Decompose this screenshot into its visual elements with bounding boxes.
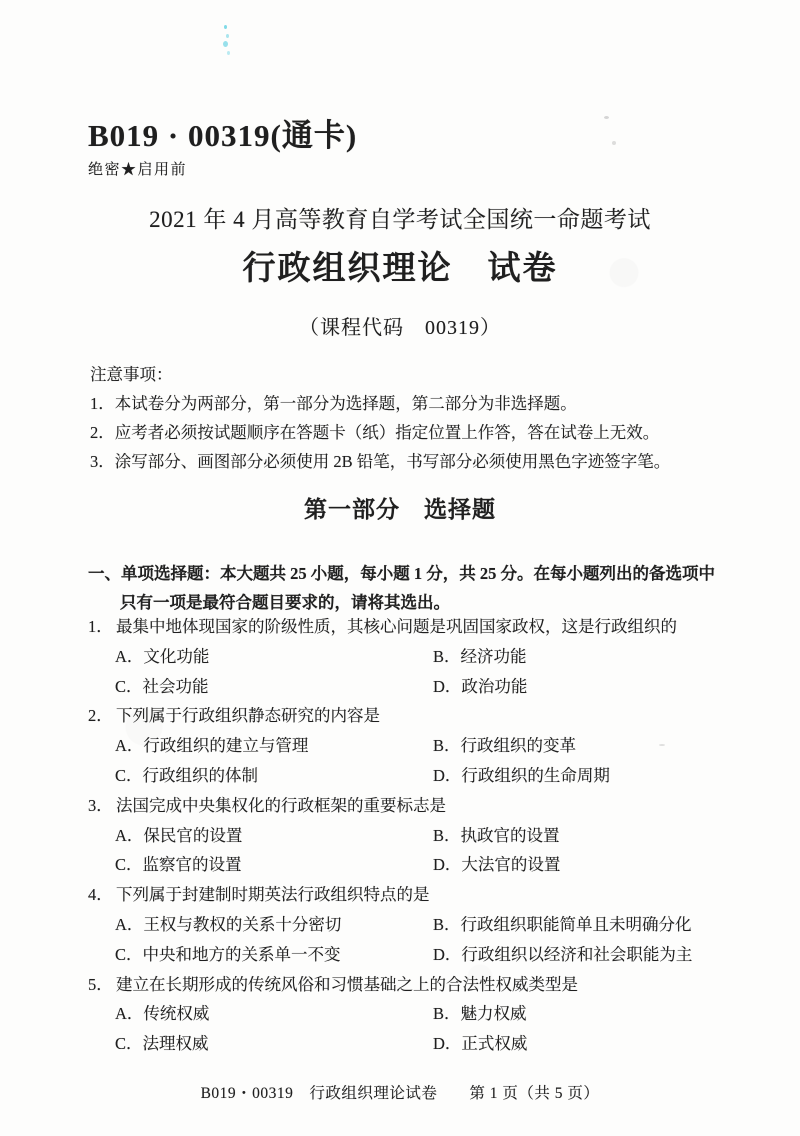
question-stem: 法国完成中央集权化的行政框架的重要标志是: [116, 791, 446, 821]
security-notice: 绝密★启用前: [88, 158, 187, 179]
option-d: D．政治功能: [433, 672, 753, 702]
exam-session-line: 2021 年 4 月高等教育自学考试全国统一命题考试: [0, 201, 800, 234]
question-number: 5．: [88, 970, 116, 1000]
option-a: A．保民官的设置: [115, 821, 433, 851]
option-d: D．正式权威: [433, 1029, 753, 1059]
question-stem: 建立在长期形成的传统风俗和习惯基础之上的合法性权威类型是: [116, 970, 578, 1000]
question-list: 1． 最集中地体现国家的阶级性质，其核心问题是巩固国家政权，这是行政组织的 A．…: [88, 612, 753, 1059]
exam-paper-page: B019 · 00319(通卡) 绝密★启用前 2021 年 4 月高等教育自学…: [0, 0, 800, 1136]
option-c: C．行政组织的体制: [115, 761, 433, 791]
question-number: 3．: [88, 791, 116, 821]
option-b: B．行政组织的变革: [433, 731, 753, 761]
instruction-line-1: 一、单项选择题：本大题共 25 小题，每小题 1 分，共 25 分。在每小题列出…: [88, 559, 748, 588]
paper-title: 行政组织理论 试卷: [0, 242, 800, 289]
notice-item: 3．涂写部分、画图部分必须使用 2B 铅笔，书写部分必须使用黑色字迹签字笔。: [90, 447, 745, 476]
option-c: C．监察官的设置: [115, 850, 433, 880]
question-2: 2． 下列属于行政组织静态研究的内容是 A．行政组织的建立与管理 B．行政组织的…: [88, 701, 753, 790]
option-c: C．中央和地方的关系单一不变: [115, 940, 433, 970]
part-one-title: 第一部分 选择题: [0, 491, 800, 524]
question-stem: 最集中地体现国家的阶级性质，其核心问题是巩固国家政权，这是行政组织的: [116, 612, 677, 642]
option-a: A．传统权威: [115, 999, 433, 1029]
option-d: D．大法官的设置: [433, 850, 753, 880]
option-b: B．行政组织职能简单且未明确分化: [433, 910, 753, 940]
question-stem: 下列属于封建制时期英法行政组织特点的是: [116, 880, 430, 910]
page-footer: B019・00319 行政组织理论试卷 第 1 页（共 5 页）: [0, 1081, 800, 1103]
scanner-mark-artifact: [224, 25, 227, 29]
option-c: C．法理权威: [115, 1029, 433, 1059]
scan-speck: [612, 141, 616, 145]
exam-code: B019 · 00319(通卡): [88, 110, 357, 155]
option-b: B．执政官的设置: [433, 821, 753, 851]
option-a: A．王权与教权的关系十分密切: [115, 910, 433, 940]
question-number: 1．: [88, 612, 116, 642]
course-code: （课程代码 00319）: [0, 311, 800, 340]
option-a: A．文化功能: [115, 642, 433, 672]
question-3: 3． 法国完成中央集权化的行政框架的重要标志是 A．保民官的设置 B．执政官的设…: [88, 791, 753, 880]
scan-speck: [604, 116, 609, 119]
option-c: C．社会功能: [115, 672, 433, 702]
notice-item: 2．应考者必须按试题顺序在答题卡（纸）指定位置上作答，答在试卷上无效。: [90, 418, 745, 447]
notices-block: 注意事项： 1．本试卷分为两部分，第一部分为选择题，第二部分为非选择题。 2．应…: [90, 360, 745, 476]
option-d: D．行政组织的生命周期: [433, 761, 753, 791]
option-b: B．魅力权威: [433, 999, 753, 1029]
question-number: 4．: [88, 880, 116, 910]
question-stem: 下列属于行政组织静态研究的内容是: [116, 701, 380, 731]
question-1: 1． 最集中地体现国家的阶级性质，其核心问题是巩固国家政权，这是行政组织的 A．…: [88, 612, 753, 701]
option-b: B．经济功能: [433, 642, 753, 672]
question-number: 2．: [88, 701, 116, 731]
notice-item: 1．本试卷分为两部分，第一部分为选择题，第二部分为非选择题。: [90, 389, 745, 418]
question-5: 5． 建立在长期形成的传统风俗和习惯基础之上的合法性权威类型是 A．传统权威 B…: [88, 970, 753, 1059]
question-4: 4． 下列属于封建制时期英法行政组织特点的是 A．王权与教权的关系十分密切 B．…: [88, 880, 753, 969]
option-d: D．行政组织以经济和社会职能为主: [433, 940, 753, 970]
section-instruction: 一、单项选择题：本大题共 25 小题，每小题 1 分，共 25 分。在每小题列出…: [88, 559, 748, 617]
notices-heading: 注意事项：: [90, 360, 745, 389]
option-a: A．行政组织的建立与管理: [115, 731, 433, 761]
